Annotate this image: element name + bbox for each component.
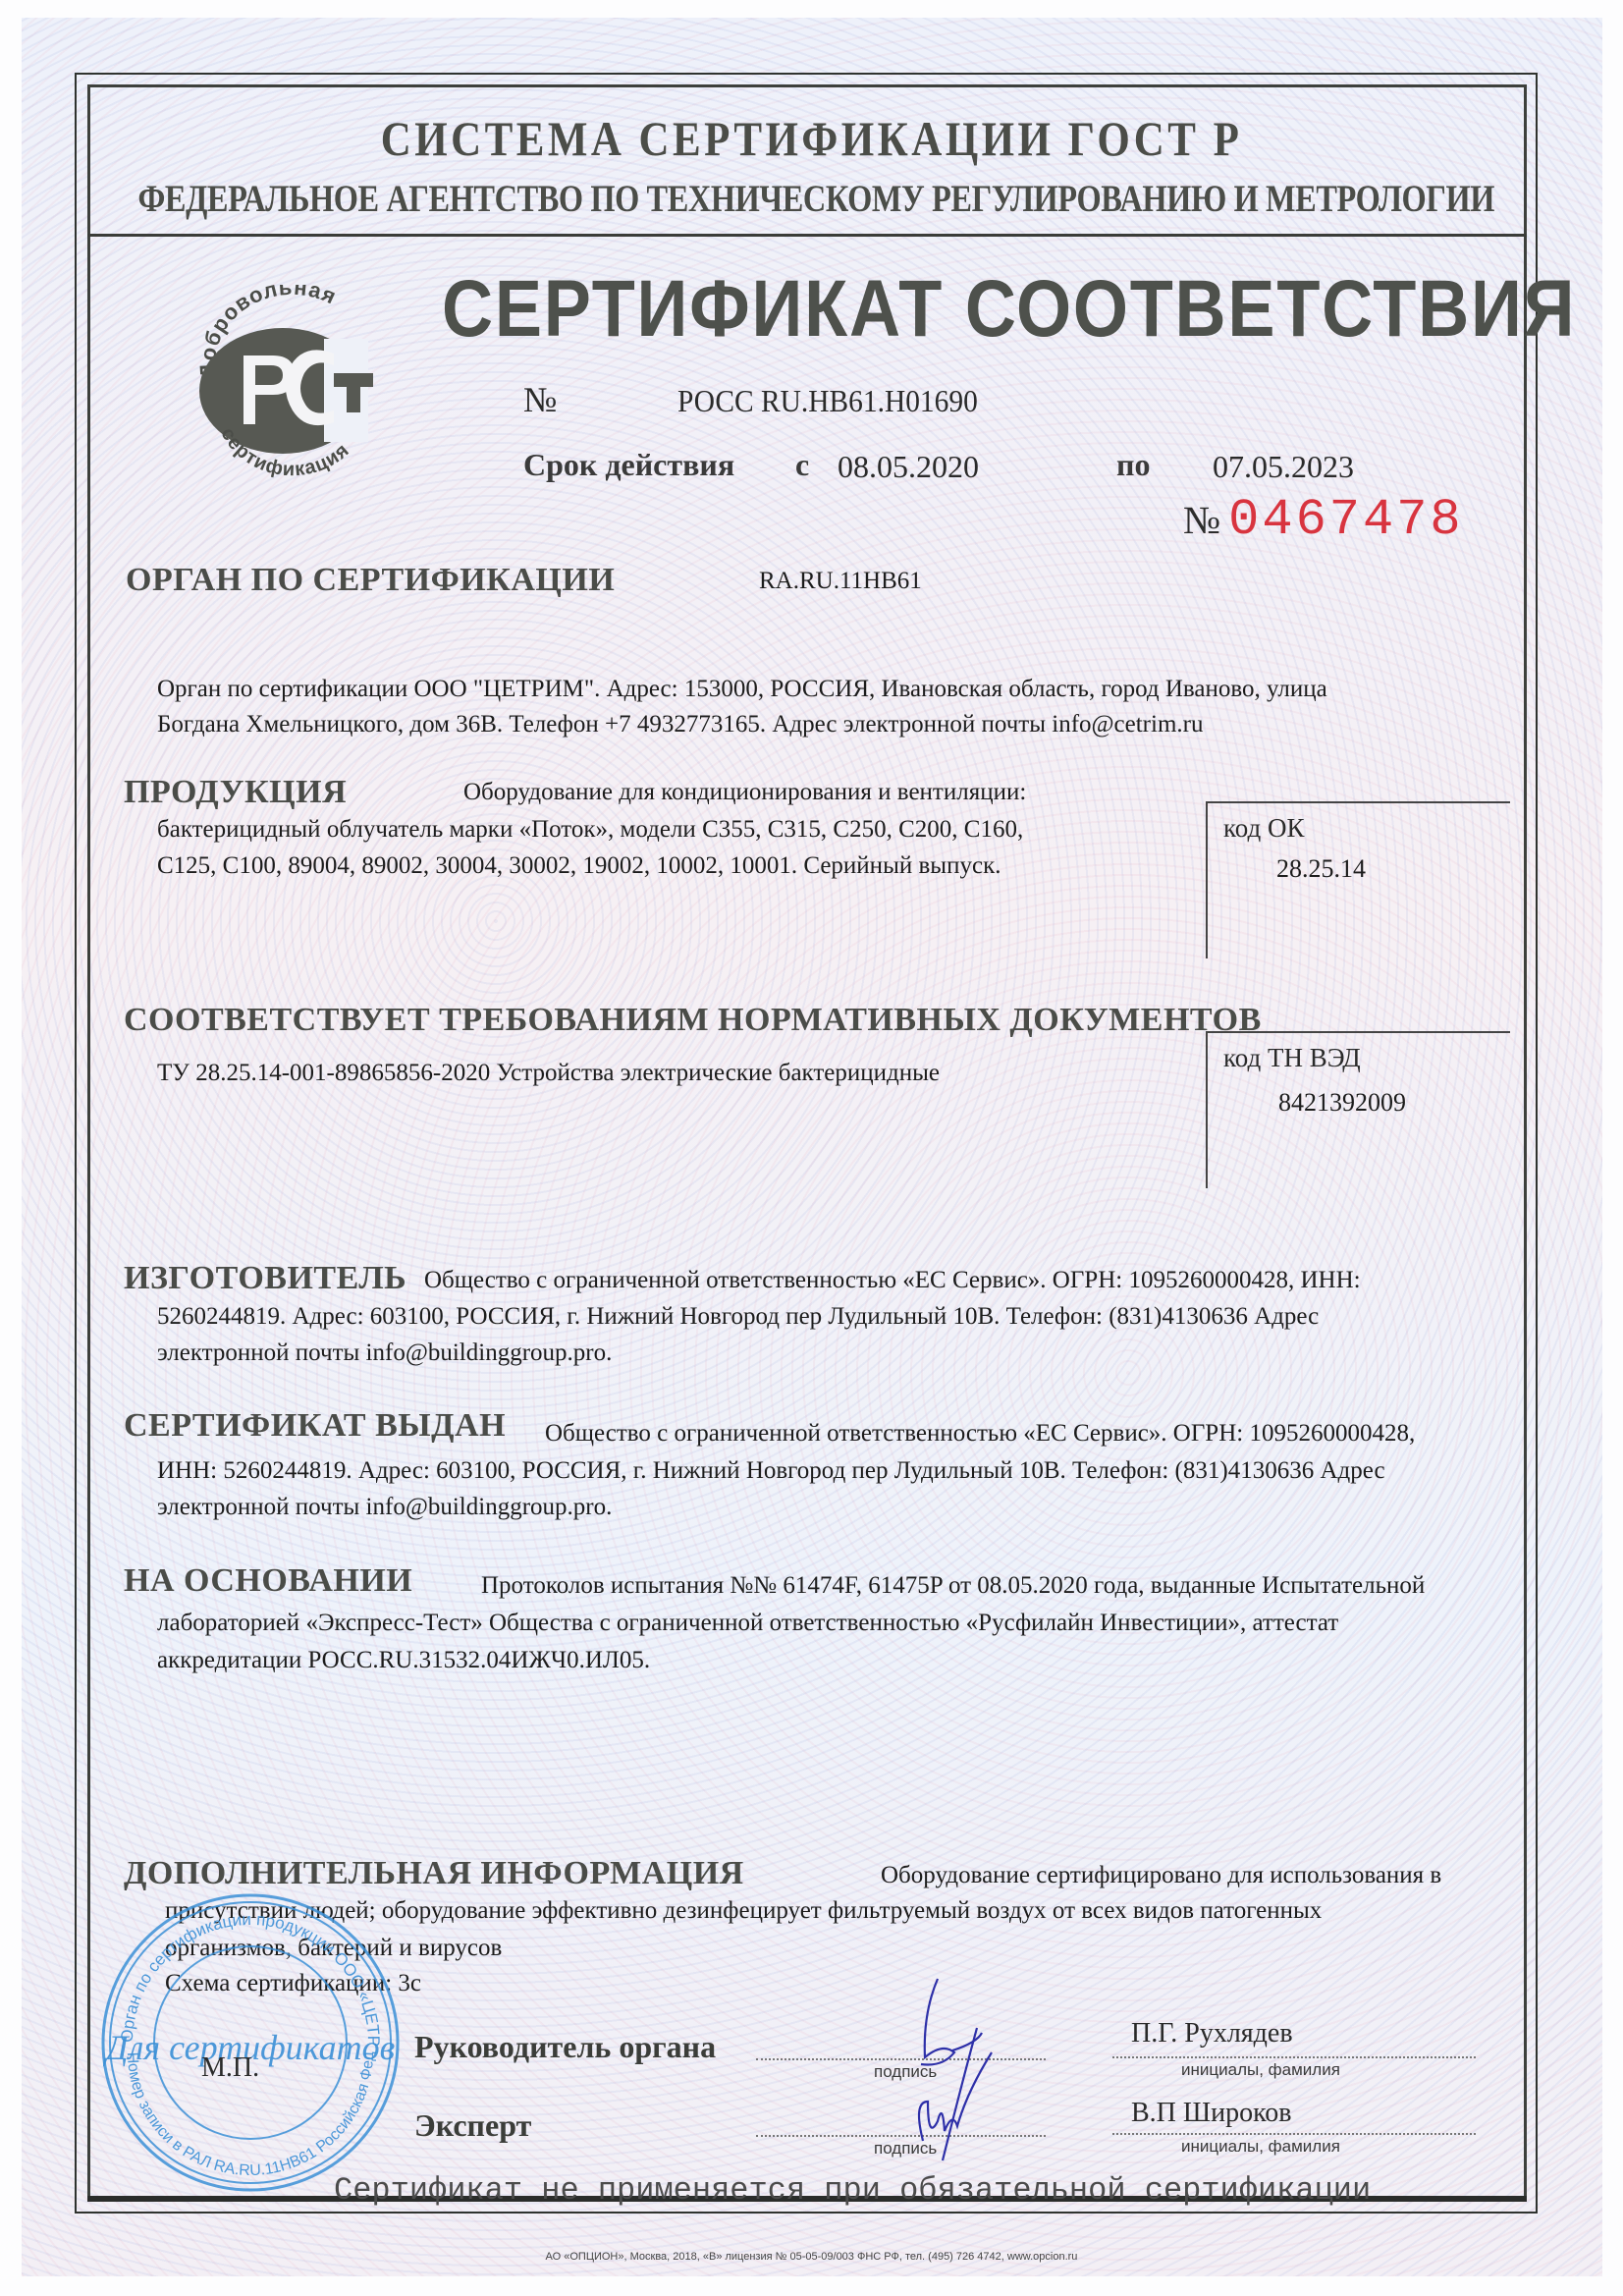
product-first-line: Оборудование для кондиционирования и вен…	[463, 779, 1026, 806]
product-line-1: бактерицидный облучатель марки «Поток», …	[157, 816, 1023, 844]
issued-to-line-2: электронной почты info@buildinggroup.pro…	[157, 1494, 612, 1521]
head-role-label: Руководитель органа	[414, 2029, 716, 2065]
seal-stamp-icon: Орган по сертификации продукции ООО «ЦЕТ…	[88, 1881, 412, 2205]
basis-line-2: аккредитации РОСС.RU.31532.04ИЖЧ0.ИЛ05.	[157, 1647, 650, 1674]
validity-label: Срок действия	[523, 447, 734, 483]
product-label: ПРОДУКЦИЯ	[124, 774, 347, 811]
certificate-title: СЕРТИФИКАТ СООТВЕТСТВИЯ	[442, 263, 1576, 355]
ok-code-caption: код ОК	[1223, 813, 1304, 844]
system-title: СИСТЕМА СЕРТИФИКАЦИИ ГОСТ Р	[114, 110, 1510, 167]
certification-body-line-2: Богдана Хмельницкого, дом 36В. Телефон +…	[157, 711, 1203, 738]
ok-code-value: 28.25.14	[1276, 854, 1366, 884]
expert-role-label: Эксперт	[414, 2107, 531, 2144]
expert-name-line	[1112, 2133, 1476, 2135]
manufacturer-line-2: электронной почты info@buildinggroup.pro…	[157, 1339, 612, 1367]
manufacturer-first-line: Общество с ограниченной ответственностью…	[424, 1267, 1361, 1294]
basis-label: НА ОСНОВАНИИ	[124, 1562, 412, 1600]
issued-to-first-line: Общество с ограниченной ответственностью…	[545, 1420, 1415, 1448]
validity-to-label: по	[1116, 447, 1150, 483]
tnved-code-caption: код ТН ВЭД	[1223, 1043, 1361, 1073]
standards-label: СООТВЕТСТВУЕТ ТРЕБОВАНИЯМ НОРМАТИВНЫХ ДО…	[124, 1002, 1262, 1039]
standards-line: ТУ 28.25.14-001-89865856-2020 Устройства…	[157, 1060, 940, 1087]
stamp-outer-text: Орган по сертификации продукции ООО «ЦЕТ…	[88, 1881, 383, 2047]
rst-logo-icon: Добровольная сертификация	[187, 285, 393, 481]
handwritten-signatures-icon	[884, 1974, 1060, 2180]
head-name: П.Г. Рухлядев	[1131, 2018, 1293, 2050]
not-mandatory-notice: Сертификат не применяется при обязательн…	[334, 2172, 1371, 2209]
certification-body-label: ОРГАН ПО СЕРТИФИКАЦИИ	[126, 562, 615, 599]
product-line-2: С125, С100, 89004, 89002, 30004, 30002, …	[157, 852, 1001, 880]
mp-label: М.П.	[201, 2052, 259, 2084]
tnved-code-value: 8421392009	[1278, 1088, 1406, 1118]
expert-name: В.П Широков	[1131, 2098, 1292, 2129]
svg-text:Орган по сертификации продукци: Орган по сертификации продукции ООО «ЦЕТ…	[88, 1881, 383, 2047]
serial-number: 0467478	[1228, 491, 1463, 549]
ok-code-box: код ОК 28.25.14	[1206, 801, 1510, 958]
serial-label: №	[1183, 498, 1220, 542]
head-name-line	[1112, 2056, 1476, 2058]
header-divider	[87, 234, 1527, 237]
cert-number: РОСС RU.НВ61.Н01690	[677, 383, 978, 419]
expert-name-caption: инициалы, фамилия	[1181, 2137, 1340, 2157]
printer-info: АО «ОПЦИОН», Москва, 2018, «В» лицензия …	[0, 2251, 1623, 2263]
head-name-caption: инициалы, фамилия	[1181, 2060, 1340, 2080]
tnved-code-box: код ТН ВЭД 8421392009	[1206, 1031, 1510, 1188]
cert-number-label: №	[523, 379, 557, 420]
form-serial: №0467478	[1183, 491, 1464, 549]
certification-body-line-1: Орган по сертификации ООО "ЦЕТРИМ". Адре…	[157, 676, 1327, 703]
manufacturer-line-1: 5260244819. Адрес: 603100, РОССИЯ, г. Ни…	[157, 1303, 1319, 1331]
manufacturer-label: ИЗГОТОВИТЕЛЬ	[124, 1260, 406, 1297]
issued-to-label: СЕРТИФИКАТ ВЫДАН	[124, 1407, 506, 1445]
valid-from-date: 08.05.2020	[838, 449, 979, 485]
basis-line-1: лабораторией «Экспресс-Тест» Общества с …	[157, 1610, 1338, 1637]
additional-first-line: Оборудование сертифицировано для использ…	[881, 1862, 1441, 1889]
certification-body-code: RA.RU.11НВ61	[759, 568, 922, 595]
valid-to-date: 07.05.2023	[1213, 449, 1354, 485]
issued-to-line-1: ИНН: 5260244819. Адрес: 603100, РОССИЯ, …	[157, 1457, 1385, 1485]
validity-from-label: с	[795, 447, 809, 483]
agency-title: ФЕДЕРАЛЬНОЕ АГЕНТСТВО ПО ТЕХНИЧЕСКОМУ РЕ…	[138, 177, 1486, 221]
basis-first-line: Протоколов испытания №№ 61474F, 61475P о…	[481, 1572, 1425, 1600]
